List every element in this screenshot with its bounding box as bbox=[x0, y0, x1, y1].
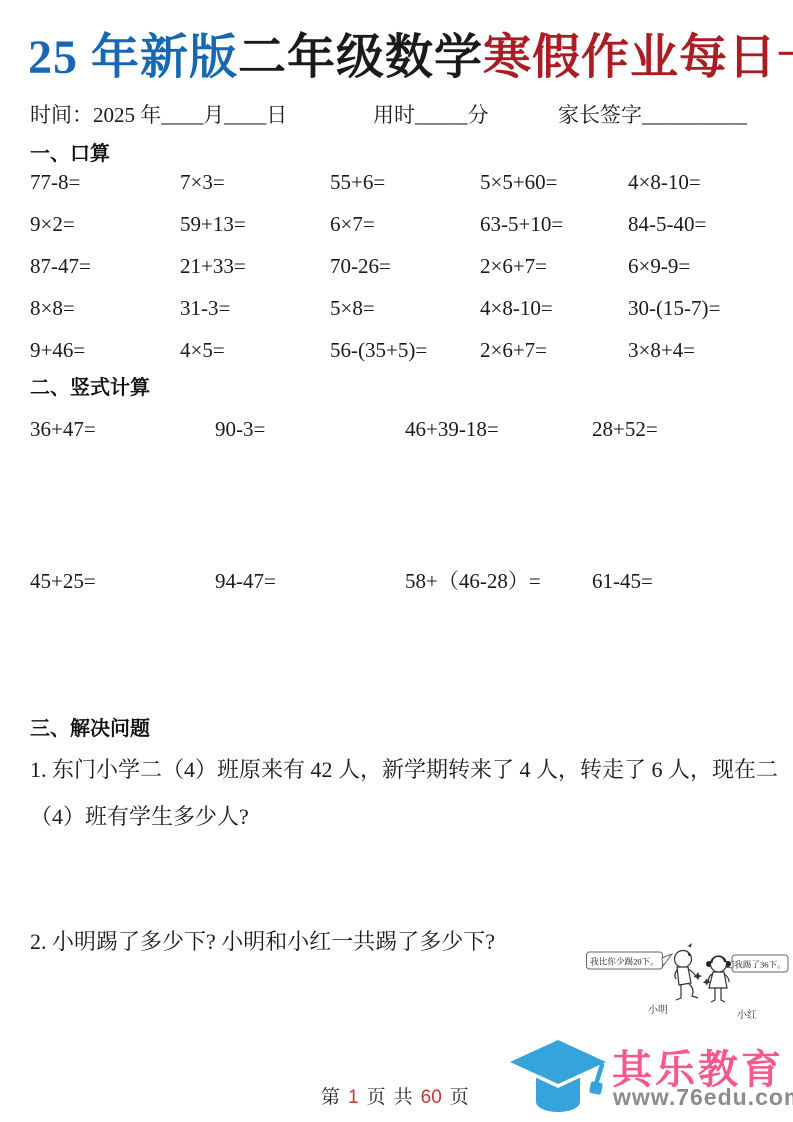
logo-website-url: www.76edu.com bbox=[613, 1084, 793, 1111]
vertical-problem: 61-45= bbox=[592, 566, 778, 596]
section-heading-solve: 三、解决问题 bbox=[30, 712, 150, 741]
oral-problem: 9×2= bbox=[30, 203, 180, 245]
duration-fill-in: 用时_____分 bbox=[373, 99, 489, 129]
oral-problem: 87-47= bbox=[30, 245, 180, 287]
vertical-problem: 36+47= bbox=[30, 414, 215, 444]
kids-illustration-svg: 我比你少踢20下。 我踢了36下。 bbox=[585, 943, 790, 1040]
girl-figure bbox=[703, 956, 731, 1002]
oral-problem: 5×8= bbox=[330, 287, 480, 329]
vertical-problem: 28+52= bbox=[592, 414, 778, 444]
vertical-problem: 90-3= bbox=[215, 414, 405, 444]
oral-problem: 56-(35+5)= bbox=[330, 329, 480, 371]
oral-problem: 59+13= bbox=[180, 203, 330, 245]
vertical-problem: 45+25= bbox=[30, 566, 215, 596]
title-grade-subject: 二年级数学 bbox=[238, 31, 483, 84]
left-bubble-text: 我比你少踢20下。 bbox=[590, 956, 659, 967]
oral-problem: 2×6+7= bbox=[480, 329, 628, 371]
oral-problem: 9+46= bbox=[30, 329, 180, 371]
vertical-row: 36+47=90-3=46+39-18=28+52= bbox=[30, 414, 778, 444]
oral-problem: 70-26= bbox=[330, 245, 480, 287]
boy-name-label: 小明 bbox=[648, 1003, 668, 1016]
right-bubble-text: 我踢了36下。 bbox=[734, 959, 786, 970]
vertical-problem: 58+（46-28）= bbox=[405, 566, 592, 596]
parent-signature-fill-in: 家长签字__________ bbox=[558, 99, 747, 129]
date-fill-in: 时间：2025 年____月____日 bbox=[30, 99, 287, 129]
left-speech-bubble: 我比你少踢20下。 bbox=[587, 952, 673, 969]
page-title: 25 年新版二年级数学寒假作业每日一练 bbox=[28, 18, 788, 87]
oral-problem: 4×8-10= bbox=[628, 161, 778, 203]
girl-name-label: 小红 bbox=[737, 1008, 757, 1021]
worksheet-page: 25 年新版二年级数学寒假作业每日一练 时间：2025 年____月____日 … bbox=[0, 0, 793, 1122]
vertical-problem: 94-47= bbox=[215, 566, 405, 596]
page-indicator-prefix: 第 bbox=[321, 1087, 340, 1108]
oral-problem: 5×5+60= bbox=[480, 161, 628, 203]
oral-problem: 7×3= bbox=[180, 161, 330, 203]
oral-problem: 4×8-10= bbox=[480, 287, 628, 329]
oral-problem: 84-5-40= bbox=[628, 203, 778, 245]
right-speech-bubble: 我踢了36下。 bbox=[723, 955, 788, 972]
kids-illustration: 我比你少踢20下。 我踢了36下。 bbox=[585, 943, 790, 1040]
total-word: 共 bbox=[394, 1087, 413, 1108]
current-page-number: 1 bbox=[348, 1087, 359, 1108]
oral-problem: 63-5+10= bbox=[480, 203, 628, 245]
section-heading-vertical: 二、竖式计算 bbox=[30, 371, 150, 400]
page-word: 页 bbox=[367, 1087, 386, 1108]
oral-problem: 30-(15-7)= bbox=[628, 287, 778, 329]
oral-problem: 6×7= bbox=[330, 203, 480, 245]
page-indicator-suffix: 页 bbox=[450, 1087, 469, 1108]
title-edition: 25 年新版 bbox=[28, 31, 238, 84]
boy-figure bbox=[675, 943, 703, 1000]
graduation-cap-icon bbox=[503, 1036, 613, 1122]
word-problem-1: 1. 东门小学二（4）班原来有 42 人，新学期转来了 4 人，转走了 6 人，… bbox=[30, 746, 778, 840]
vertical-row: 45+25=94-47=58+（46-28）=61-45= bbox=[30, 566, 778, 596]
page-indicator: 第1页共60页 bbox=[321, 1082, 469, 1109]
total-page-number: 60 bbox=[421, 1087, 442, 1108]
oral-problem: 55+6= bbox=[330, 161, 480, 203]
oral-problem: 3×8+4= bbox=[628, 329, 778, 371]
meta-line: 时间：2025 年____月____日 用时_____分 家长签字_______… bbox=[30, 99, 775, 129]
oral-problem: 21+33= bbox=[180, 245, 330, 287]
oral-problem: 6×9-9= bbox=[628, 245, 778, 287]
oral-problem: 31-3= bbox=[180, 287, 330, 329]
oral-grid: 77-8=7×3=55+6=5×5+60=4×8-10=9×2=59+13=6×… bbox=[30, 161, 778, 371]
oral-problem: 4×5= bbox=[180, 329, 330, 371]
oral-problem: 77-8= bbox=[30, 161, 180, 203]
oral-problem: 8×8= bbox=[30, 287, 180, 329]
vertical-problem: 46+39-18= bbox=[405, 414, 592, 444]
oral-problem: 2×6+7= bbox=[480, 245, 628, 287]
title-homework-name: 寒假作业每日一练 bbox=[483, 31, 793, 84]
